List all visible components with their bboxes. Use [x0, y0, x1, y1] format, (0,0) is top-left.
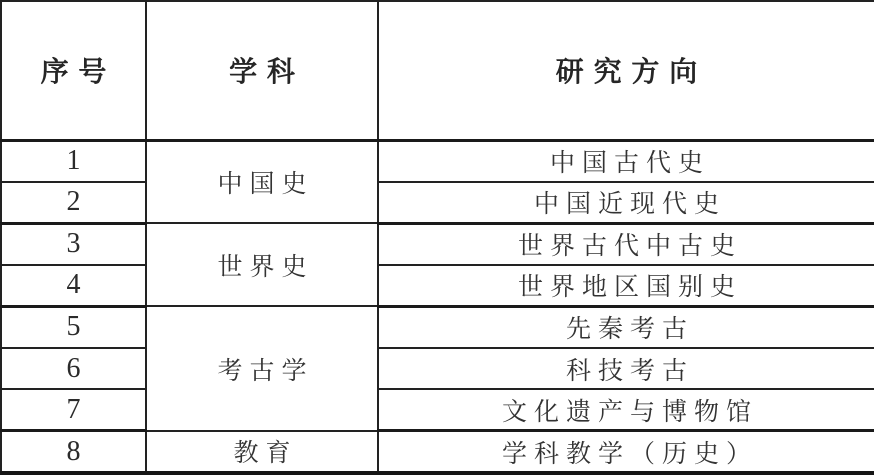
serial-cell: 4: [1, 265, 146, 307]
subject-cell-world-history: 世界史: [146, 223, 378, 306]
table-row: 3 世界史 世界古代中古史: [1, 223, 874, 265]
direction-cell: 文化遗产与博物馆: [378, 389, 874, 431]
direction-cell: 世界地区国别史: [378, 265, 874, 307]
table-row: 5 考古学 先秦考古: [1, 306, 874, 348]
table-header-row: 序号 学科 研究方向: [1, 1, 874, 140]
table-row: 7 文化遗产与博物馆: [1, 389, 874, 431]
header-serial-number: 序号: [1, 1, 146, 140]
table-row: 2 中国近现代史: [1, 182, 874, 224]
subject-cell-archaeology: 考古学: [146, 306, 378, 431]
serial-cell: 5: [1, 306, 146, 348]
subject-cell-education: 教育: [146, 431, 378, 473]
subject-cell-chinese-history: 中国史: [146, 140, 378, 223]
serial-cell: 8: [1, 431, 146, 473]
serial-cell: 1: [1, 140, 146, 182]
table-row: 8 教育 学科教学（历史）: [1, 431, 874, 473]
direction-cell: 中国古代史: [378, 140, 874, 182]
direction-cell: 科技考古: [378, 348, 874, 390]
serial-cell: 7: [1, 389, 146, 431]
serial-cell: 2: [1, 182, 146, 224]
serial-cell: 3: [1, 223, 146, 265]
table-row: 1 中国史 中国古代史: [1, 140, 874, 182]
serial-cell: 6: [1, 348, 146, 390]
subjects-research-directions-table: 序号 学科 研究方向 1 中国史 中国古代史 2 中国近现代史 3 世界史 世界…: [0, 0, 874, 475]
direction-cell: 世界古代中古史: [378, 223, 874, 265]
header-subject: 学科: [146, 1, 378, 140]
direction-cell: 中国近现代史: [378, 182, 874, 224]
document-page: 序号 学科 研究方向 1 中国史 中国古代史 2 中国近现代史 3 世界史 世界…: [0, 0, 874, 475]
direction-cell: 学科教学（历史）: [378, 431, 874, 473]
header-research-direction: 研究方向: [378, 1, 874, 140]
direction-cell: 先秦考古: [378, 306, 874, 348]
table-row: 6 科技考古: [1, 348, 874, 390]
table-row: 4 世界地区国别史: [1, 265, 874, 307]
